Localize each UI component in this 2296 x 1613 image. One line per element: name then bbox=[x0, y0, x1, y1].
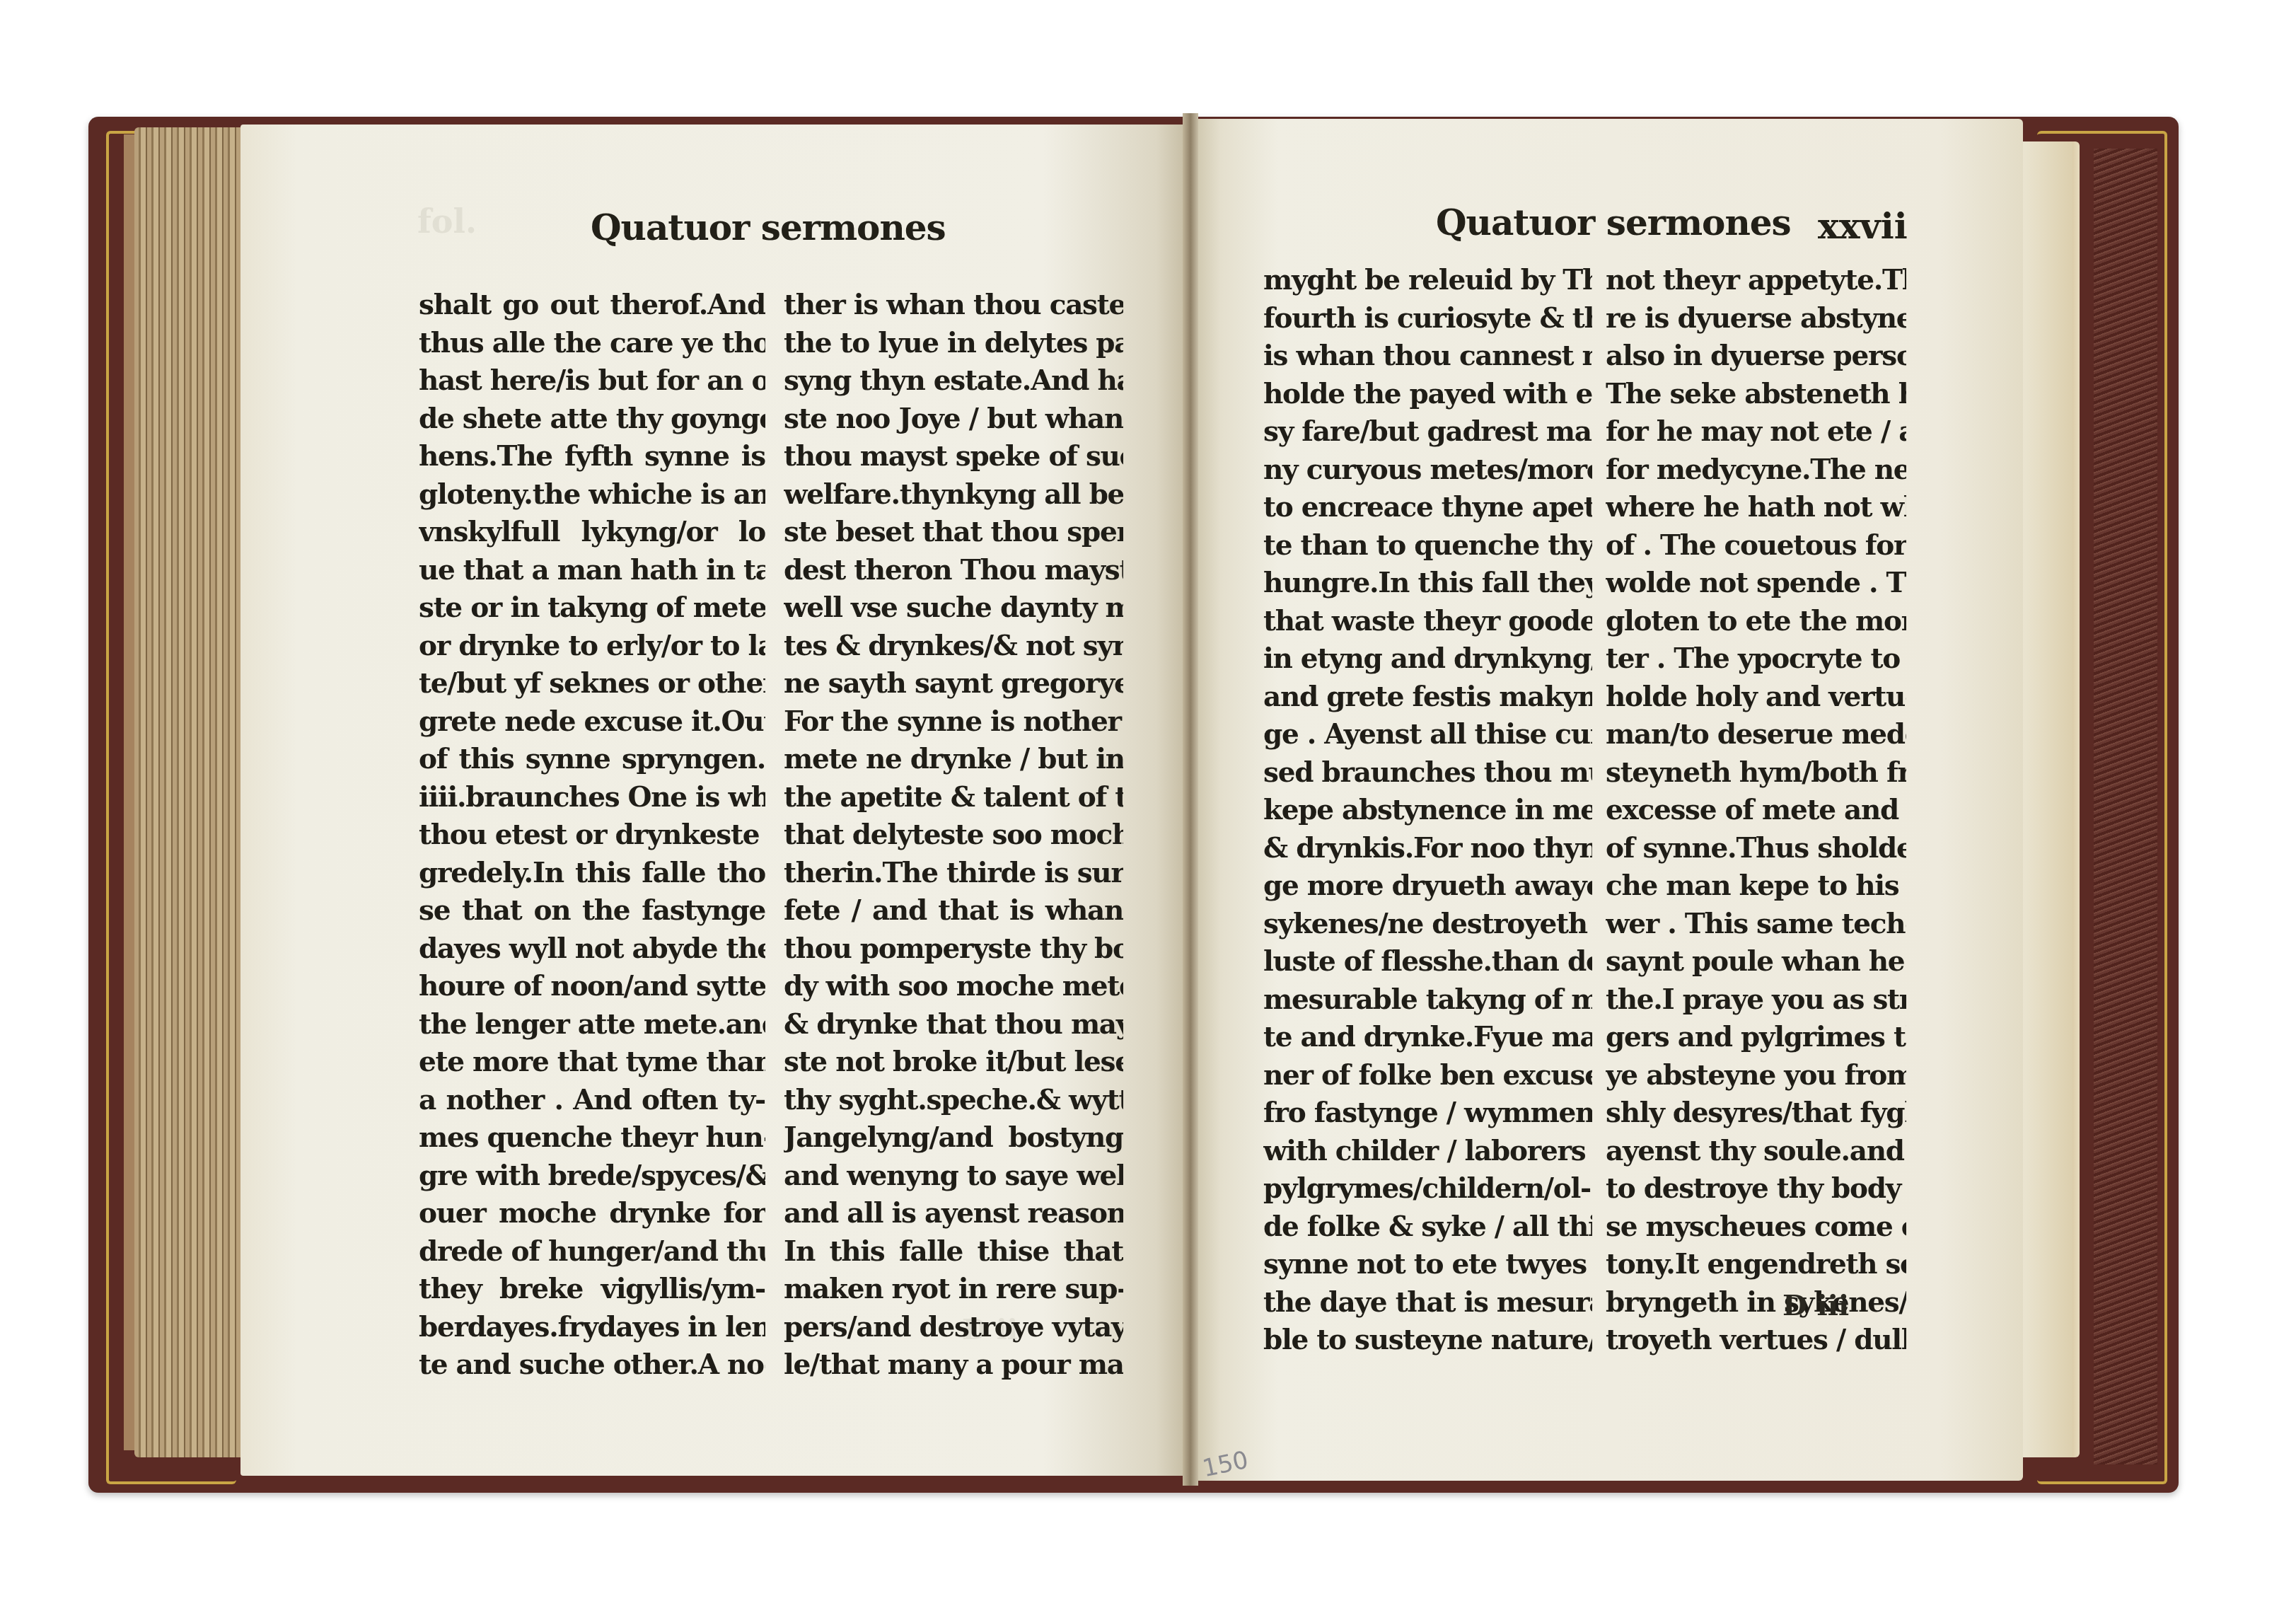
text-line: tony.It engendreth soris bbox=[1606, 1246, 1906, 1284]
text-line: mes quenche theyr hun- bbox=[419, 1119, 765, 1157]
text-line: te/but yf seknes or other bbox=[419, 665, 765, 703]
text-line: In this falle thise that bbox=[784, 1233, 1123, 1271]
right-page-column-2: not theyr appetyte.The re is dyuerse abs… bbox=[1606, 262, 1906, 1360]
right-page-underleaf bbox=[2023, 141, 2072, 1457]
text-line: ge . Ayenst all thise cur- bbox=[1263, 716, 1592, 754]
text-line: the apetite & talent of the bbox=[784, 779, 1123, 817]
text-line: For the synne is nother in bbox=[784, 703, 1123, 741]
text-line: a nother . And often ty- bbox=[419, 1082, 765, 1120]
text-line: well vse suche daynty me bbox=[784, 589, 1123, 628]
text-line: bryngeth in sykenes/des- bbox=[1606, 1284, 1906, 1322]
text-line: ste beset that thou spen- bbox=[784, 514, 1123, 552]
text-line: ner of folke ben excused bbox=[1263, 1057, 1592, 1095]
right-page-column-1: myght be releuid by The fourth is curios… bbox=[1263, 262, 1592, 1360]
text-line: ne sayth saynt gregorye. bbox=[784, 665, 1123, 703]
text-line: gers and pylgrimes that bbox=[1606, 1019, 1906, 1057]
text-line: gloteny.the whiche is an bbox=[419, 476, 765, 514]
text-line: vnskylfull lykyng/or lo bbox=[419, 514, 765, 552]
text-line: mesurable takyng of me bbox=[1263, 981, 1592, 1019]
text-line: thou mayst speke of suche bbox=[784, 438, 1123, 476]
text-line: pylgrymes/childern/ol- bbox=[1263, 1170, 1592, 1208]
text-line: the.I praye you as straun bbox=[1606, 981, 1906, 1019]
text-line: mete ne drynke / but in bbox=[784, 741, 1123, 779]
text-line: re is dyuerse abstynence bbox=[1606, 300, 1906, 338]
text-line: syng thyn estate.And ha bbox=[784, 362, 1123, 400]
text-line: wer . This same techeth bbox=[1606, 906, 1906, 944]
right-running-head: Quatuor sermones bbox=[1436, 202, 1791, 243]
text-line: hungre.In this fall they bbox=[1263, 565, 1592, 603]
text-line: to encreace thyne apety- bbox=[1263, 489, 1592, 527]
text-line: tes & drynkes/& not syn bbox=[784, 628, 1123, 666]
text-line: they breke vigyllis/ym- bbox=[419, 1271, 765, 1309]
text-line: The seke absteneth him bbox=[1606, 376, 1906, 414]
folio-number: xxvii bbox=[1818, 205, 1908, 247]
text-line: to destroye thy body Thi bbox=[1606, 1170, 1906, 1208]
text-line: saynt poule whan he say bbox=[1606, 943, 1906, 981]
text-line: shly desyres/that fyghte bbox=[1606, 1094, 1906, 1133]
text-line: thy syght.speche.& wytte bbox=[784, 1082, 1123, 1120]
text-line: with childer / laborers / bbox=[1263, 1133, 1592, 1171]
text-line: steyneth hym/both from bbox=[1606, 754, 1906, 792]
text-line: not theyr appetyte.The bbox=[1606, 262, 1906, 300]
text-line: te than to quenche thyne bbox=[1263, 527, 1592, 565]
text-line: pers/and destroye vytay bbox=[784, 1309, 1123, 1347]
text-line: ther is whan thou castest bbox=[784, 287, 1123, 325]
text-line: grete nede excuse it.Out bbox=[419, 703, 765, 741]
text-line: shalt go out therof.And bbox=[419, 287, 765, 325]
text-line: se that on the fastynge bbox=[419, 892, 765, 930]
text-line: and wenyng to saye well bbox=[784, 1157, 1123, 1196]
text-line: fourth is curiosyte & that bbox=[1263, 300, 1592, 338]
text-line: the lenger atte mete.and bbox=[419, 1006, 765, 1044]
text-line: ete more that tyme than bbox=[419, 1043, 765, 1082]
text-line: troyeth vertues / dulleth bbox=[1606, 1322, 1906, 1360]
text-line: where he hath not wher bbox=[1606, 489, 1906, 527]
text-line: ye absteyne you from fle bbox=[1606, 1057, 1906, 1095]
text-line: Jangelyng/and bostyng bbox=[784, 1119, 1123, 1157]
text-line: iiii.braunches One is whan bbox=[419, 779, 765, 817]
text-line: thou pomperyste thy bo- bbox=[784, 930, 1123, 969]
text-line: ter . The ypocryte to be bbox=[1606, 640, 1906, 678]
show-through-head: fol. bbox=[417, 202, 477, 241]
text-line: luste of flesshe.than doth bbox=[1263, 943, 1592, 981]
text-line: houre of noon/and sytte bbox=[419, 968, 765, 1006]
text-line: and all is ayenst reason. bbox=[784, 1195, 1123, 1233]
text-line: therin.The thirde is sur bbox=[784, 855, 1123, 893]
text-line: the to lyue in delytes pas bbox=[784, 325, 1123, 363]
signature-mark: D iii bbox=[1782, 1289, 1849, 1322]
text-line: welfare.thynkyng all be bbox=[784, 476, 1123, 514]
book-gutter bbox=[1183, 113, 1198, 1486]
text-line: thus alle the care ye thou bbox=[419, 325, 765, 363]
text-line: te and drynke.Fyue ma- bbox=[1263, 1019, 1592, 1057]
text-line: che man kepe to his po- bbox=[1606, 867, 1906, 906]
text-line: holde the payed with ea- bbox=[1263, 376, 1592, 414]
text-line: wolde not spende . The bbox=[1606, 565, 1906, 603]
text-line: the daye that is mesura- bbox=[1263, 1284, 1592, 1322]
text-line: for he may not ete / and bbox=[1606, 413, 1906, 451]
text-line: or drynke to erly/or to la bbox=[419, 628, 765, 666]
text-line: gloten to ete the more af bbox=[1606, 603, 1906, 641]
text-line: & drynke that thou may bbox=[784, 1006, 1123, 1044]
text-line: dest theron Thou mayst bbox=[784, 552, 1123, 590]
text-line: of synne.Thus sholde e- bbox=[1606, 830, 1906, 868]
text-line: that waste theyr goodes bbox=[1263, 603, 1592, 641]
text-line: de shete atte thy goynge bbox=[419, 400, 765, 439]
page-edges-left bbox=[134, 127, 248, 1457]
left-running-head: Quatuor sermones bbox=[591, 207, 946, 248]
text-line: excesse of mete and luste bbox=[1606, 792, 1906, 830]
text-line: & drynkis.For noo thyn bbox=[1263, 830, 1592, 868]
text-line: kepe abstynence in metis bbox=[1263, 792, 1592, 830]
text-line: and grete festis makyn- bbox=[1263, 678, 1592, 717]
text-line: hens.The fyfth synne is bbox=[419, 438, 765, 476]
text-line: is whan thou cannest not bbox=[1263, 337, 1592, 376]
text-line: synne not to ete twyes on bbox=[1263, 1246, 1592, 1284]
text-line: hast here/is but for an ol bbox=[419, 362, 765, 400]
text-line: ble to susteyne nature/& bbox=[1263, 1322, 1592, 1360]
text-line: ayenst thy soule.and also bbox=[1606, 1133, 1906, 1171]
left-page-column-1: shalt go out therof.And thus alle the ca… bbox=[419, 287, 765, 1384]
text-line: man/to deserue mede ab bbox=[1606, 716, 1906, 754]
text-line: of this synne spryngen. bbox=[419, 741, 765, 779]
text-line: thou etest or drynkeste to bbox=[419, 816, 765, 855]
text-line: ge more dryueth awaye bbox=[1263, 867, 1592, 906]
text-line: ste noo Joye / but whan bbox=[784, 400, 1123, 439]
text-line: gre with brede/spyces/& bbox=[419, 1157, 765, 1196]
text-line: fro fastynge / wymmen bbox=[1263, 1094, 1592, 1133]
text-line: that delyteste soo moche bbox=[784, 816, 1123, 855]
text-line: ste not broke it/but lesest bbox=[784, 1043, 1123, 1082]
text-line: ny curyous metes/more bbox=[1263, 451, 1592, 490]
text-line: de folke & syke / all thise bbox=[1263, 1208, 1592, 1247]
text-line: dy with soo moche mete bbox=[784, 968, 1123, 1006]
text-line: le/that many a pour man bbox=[784, 1346, 1123, 1384]
left-page-column-2: ther is whan thou castest the to lyue in… bbox=[784, 287, 1123, 1384]
text-line: berdayes.frydayes in len bbox=[419, 1309, 765, 1347]
text-line: sed braunches thou must bbox=[1263, 754, 1592, 792]
leather-texture bbox=[2094, 149, 2157, 1464]
text-line: dayes wyll not abyde the bbox=[419, 930, 765, 969]
text-line: of . The couetous for he bbox=[1606, 527, 1906, 565]
text-line: also in dyuerse persones. bbox=[1606, 337, 1906, 376]
text-line: te and suche other.A no- bbox=[419, 1346, 765, 1384]
text-line: ue that a man hath in ta bbox=[419, 552, 765, 590]
text-line: for medycyne.The nedy bbox=[1606, 451, 1906, 490]
text-line: fete / and that is whan bbox=[784, 892, 1123, 930]
text-line: sy fare/but gadrest ma- bbox=[1263, 413, 1592, 451]
text-line: ste or in takyng of mete bbox=[419, 589, 765, 628]
text-line: se myscheues come of glo bbox=[1606, 1208, 1906, 1247]
text-line: gredely.In this falle tho bbox=[419, 855, 765, 893]
text-line: ouer moche drynke for bbox=[419, 1195, 765, 1233]
text-line: myght be releuid by The bbox=[1263, 262, 1592, 300]
text-line: in etyng and drynkyng/ bbox=[1263, 640, 1592, 678]
text-line: drede of hunger/and thus bbox=[419, 1233, 765, 1271]
text-line: holde holy and vertuous bbox=[1606, 678, 1906, 717]
text-line: maken ryot in rere sup- bbox=[784, 1271, 1123, 1309]
text-line: sykenes/ne destroyeth the bbox=[1263, 906, 1592, 944]
